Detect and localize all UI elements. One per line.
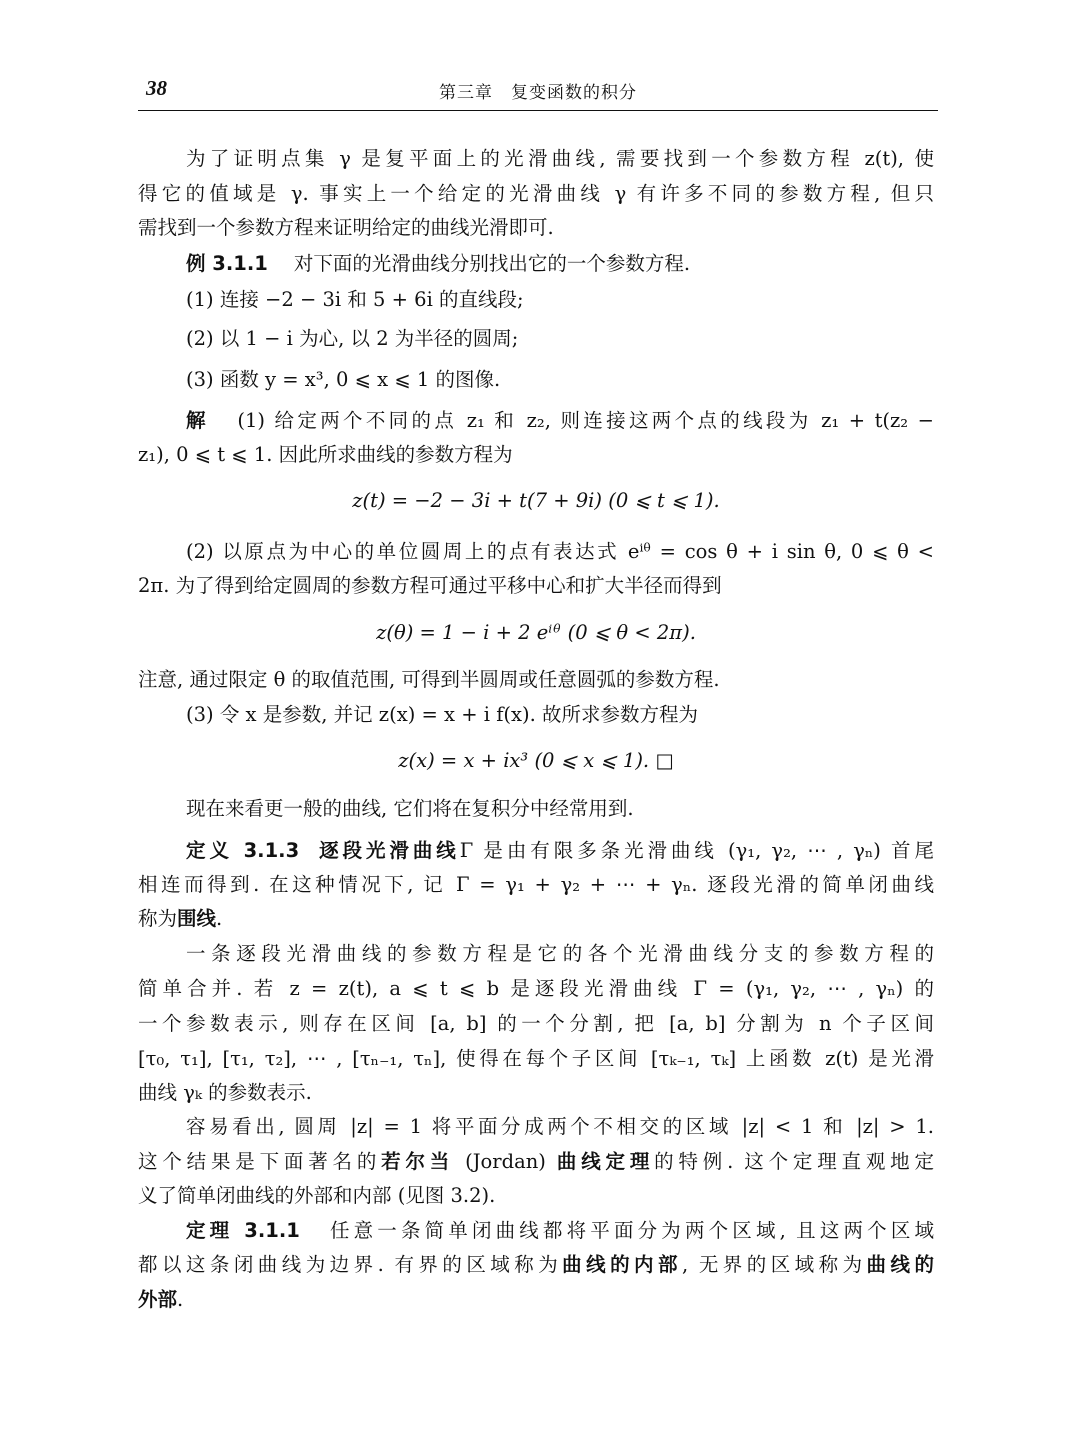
paragraph-line: z₁), 0 ⩽ t ⩽ 1. 因此所求曲线的参数方程为 <box>138 442 934 468</box>
equation-1: z(t) = −2 − 3i + t(7 + 9i) (0 ⩽ t ⩽ 1). <box>138 488 934 514</box>
paragraph-line: 这个结果是下面著名的若尔当 (Jordan) 曲线定理的特例. 这个定理直观地定 <box>138 1149 934 1175</box>
term-exterior-part1: 曲线的 <box>867 1253 934 1276</box>
equation-2: z(θ) = 1 − i + 2 eⁱᶿ (0 ⩽ θ < 2π). <box>138 620 934 646</box>
definition-text: Γ 是由有限多条光滑曲线 (γ₁, γ₂, ⋯ , γₙ) 首尾 <box>460 839 934 862</box>
term-interior: 曲线的内部 <box>562 1253 682 1276</box>
paragraph-line: 为了证明点集 γ 是复平面上的光滑曲线, 需要找到一个参数方程 z(t), 使 <box>186 146 934 172</box>
solution-label: 解 <box>186 409 209 432</box>
theorem-label: 定理 3.1.1 <box>186 1219 300 1242</box>
running-title: 第三章 复变函数的积分 <box>138 78 938 103</box>
page-header: 38 第三章 复变函数的积分 <box>138 74 938 112</box>
solution-line: 解 (1) 给定两个不同的点 z₁ 和 z₂, 则连接这两个点的线段为 z₁ +… <box>186 408 934 434</box>
solution-text: (1) 给定两个不同的点 z₁ 和 z₂, 则连接这两个点的线段为 z₁ + t… <box>237 409 934 432</box>
paragraph-line: 曲线 γₖ 的参数表示. <box>138 1080 934 1106</box>
paragraph-line: 得它的值域是 γ. 事实上一个给定的光滑曲线 γ 有许多不同的参数方程, 但只 <box>138 181 934 207</box>
paragraph-line: (3) 令 x 是参数, 并记 z(x) = x + i f(x). 故所求参数… <box>186 702 934 728</box>
example-item-3: (3) 函数 y = x³, 0 ⩽ x ⩽ 1 的图像. <box>186 367 934 393</box>
paragraph-line: 相连而得到. 在这种情况下, 记 Γ = γ₁ + γ₂ + ⋯ + γₙ. 逐… <box>138 872 934 898</box>
paragraph-line: 一个参数表示, 则存在区间 [a, b] 的一个分割, 把 [a, b] 分割为… <box>138 1011 934 1037</box>
paragraph-line: 简单合并. 若 z = z(t), a ⩽ t ⩽ b 是逐段光滑曲线 Γ = … <box>138 976 934 1002</box>
paragraph-line: 称为围线. <box>138 906 934 932</box>
theorem-line: 定理 3.1.1任意一条简单闭曲线都将平面分为两个区域, 且这两个区域 <box>186 1218 934 1244</box>
term-jordan: 若尔当 <box>381 1150 454 1173</box>
example-item-2: (2) 以 1 − i 为心, 以 2 为半径的圆周; <box>186 326 934 352</box>
paragraph-line: 义了简单闭曲线的外部和内部 (见图 3.2). <box>138 1183 934 1209</box>
definition-label: 定义 3.1.3 <box>186 839 299 862</box>
example-label: 例 3.1.1 <box>186 252 268 275</box>
definition-line: 定义 3.1.3逐段光滑曲线Γ 是由有限多条光滑曲线 (γ₁, γ₂, ⋯ , … <box>186 838 934 864</box>
definition-term: 逐段光滑曲线 <box>315 839 460 862</box>
paragraph-line: 一条逐段光滑曲线的参数方程是它的各个光滑曲线分支的参数方程的 <box>186 941 934 967</box>
defined-term: 围线 <box>177 907 216 930</box>
term-curve-theorem: 曲线定理 <box>557 1150 654 1173</box>
example-heading: 例 3.1.1对下面的光滑曲线分别找出它的一个参数方程. <box>186 251 934 277</box>
paragraph-line: (2) 以原点为中心的单位圆周上的点有表达式 eⁱᶿ = cos θ + i s… <box>186 539 934 565</box>
equation-3: z(x) = x + ix³ (0 ⩽ x ⩽ 1). □ <box>138 748 934 774</box>
paragraph-line: 注意, 通过限定 θ 的取值范围, 可得到半圆周或任意圆弧的参数方程. <box>138 667 934 693</box>
paragraph-line: [τ₀, τ₁], [τ₁, τ₂], ⋯ , [τₙ₋₁, τₙ], 使得在每… <box>138 1046 934 1072</box>
paragraph-line: 2π. 为了得到给定圆周的参数方程可通过平移中心和扩大半径而得到 <box>138 573 934 599</box>
example-item-1: (1) 连接 −2 − 3i 和 5 + 6i 的直线段; <box>186 287 934 313</box>
paragraph-line: 都以这条闭曲线为边界. 有界的区域称为曲线的内部, 无界的区域称为曲线的 <box>138 1252 934 1278</box>
header-rule <box>138 110 938 111</box>
term-exterior-part2: 外部 <box>138 1288 177 1311</box>
paragraph-line: 外部. <box>138 1287 934 1313</box>
paragraph-line: 现在来看更一般的曲线, 它们将在复积分中经常用到. <box>186 796 934 822</box>
example-text: 对下面的光滑曲线分别找出它的一个参数方程. <box>294 252 690 275</box>
paragraph-line: 容易看出, 圆周 |z| = 1 将平面分成两个不相交的区域 |z| < 1 和… <box>186 1114 934 1140</box>
paragraph-line: 需找到一个参数方程来证明给定的曲线光滑即可. <box>138 215 934 241</box>
theorem-text: 任意一条简单闭曲线都将平面分为两个区域, 且这两个区域 <box>326 1219 934 1242</box>
